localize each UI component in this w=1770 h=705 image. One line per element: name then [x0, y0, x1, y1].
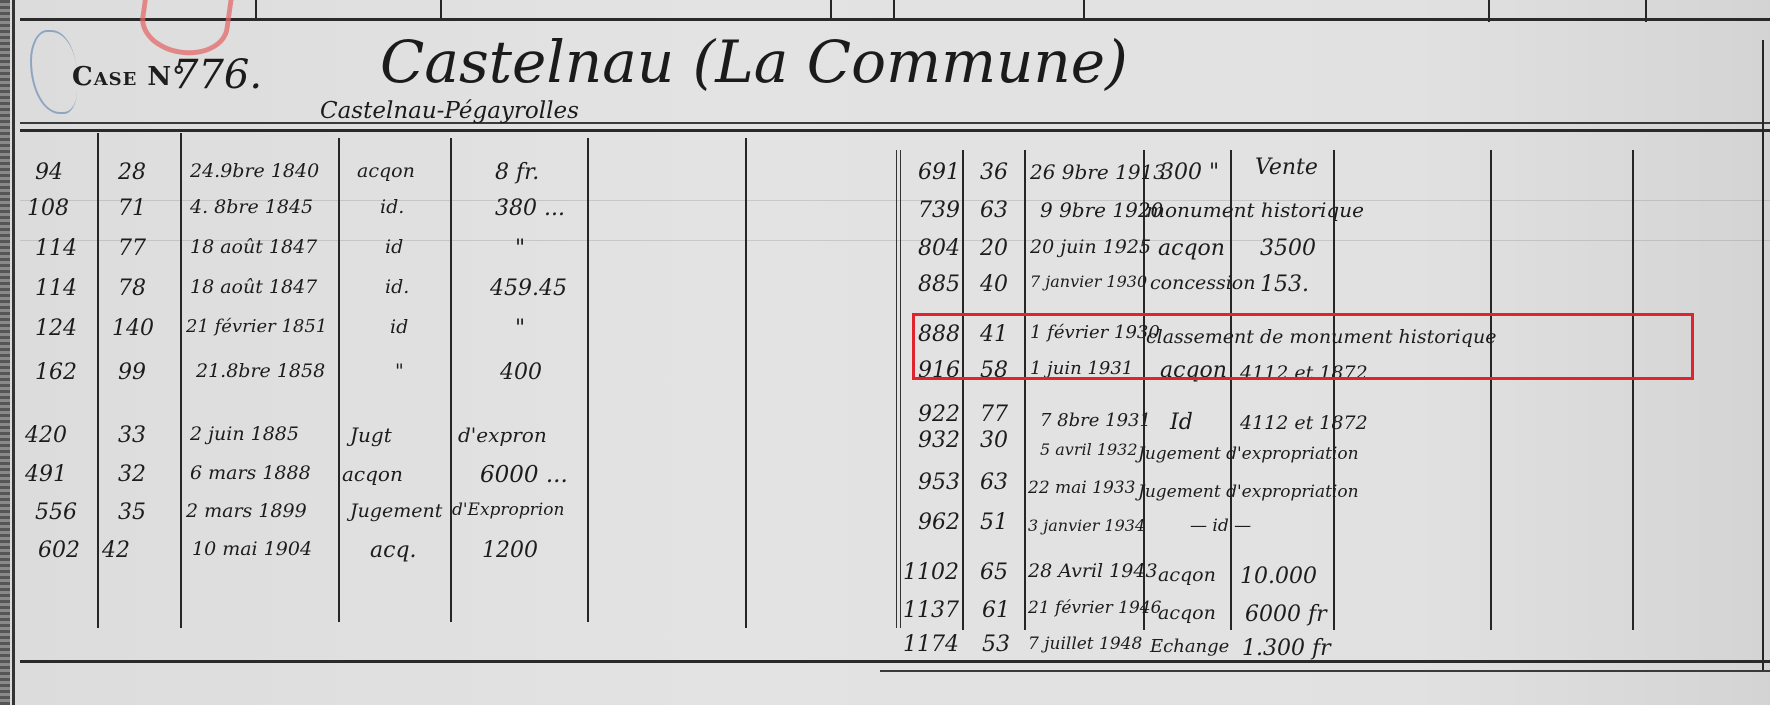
case-ref: 99	[118, 360, 146, 385]
nature: id.	[380, 196, 404, 218]
wide-note: Jugement d'expropriation	[1138, 444, 1359, 464]
folio: 1102	[903, 560, 959, 585]
folio: 114	[35, 276, 77, 301]
date: 21.8bre 1858	[196, 360, 325, 382]
column-rule	[97, 133, 99, 628]
date: 21 février 1946	[1028, 598, 1161, 618]
column-rule	[1024, 150, 1026, 630]
amount: 459.45	[490, 276, 567, 301]
nature: id	[385, 236, 403, 258]
header-stub	[1083, 0, 1085, 18]
case-ref: 51	[980, 510, 1008, 535]
nature: 300 "	[1160, 160, 1219, 185]
case-ref: 35	[118, 500, 146, 525]
wide-note: — id —	[1190, 516, 1251, 536]
folio: 691	[918, 160, 960, 185]
folio: 932	[918, 428, 960, 453]
folio: 420	[25, 423, 67, 448]
page-binding-edge	[0, 0, 10, 705]
nature: Id	[1170, 410, 1193, 435]
nature: "	[395, 360, 404, 382]
date: 2 juin 1885	[190, 423, 299, 445]
folio: 739	[918, 198, 960, 223]
nature: Jugt	[350, 423, 392, 447]
folio: 953	[918, 470, 960, 495]
folio: 108	[27, 196, 69, 221]
nature: concession	[1150, 272, 1255, 294]
header-stub	[893, 0, 895, 18]
amount: 1200	[482, 538, 538, 563]
folio: 124	[35, 316, 77, 341]
case-ref: 61	[982, 598, 1010, 623]
amount: d'expron	[458, 423, 547, 447]
case-ref: 40	[980, 272, 1008, 297]
amount: 8 fr.	[495, 160, 539, 185]
amount: 6000 fr	[1245, 602, 1327, 627]
case-ref: 42	[102, 538, 130, 563]
header-stub	[1645, 0, 1647, 22]
column-rule	[900, 150, 901, 628]
date: 10 mai 1904	[192, 538, 312, 560]
folio: 602	[38, 538, 80, 563]
case-ref: 30	[980, 428, 1008, 453]
nature: acqon	[1158, 602, 1216, 624]
case-label: Case N°	[72, 62, 186, 92]
date: 9 9bre 1920	[1040, 198, 1163, 222]
amount: Vente	[1255, 155, 1318, 180]
amount: 3500	[1260, 236, 1316, 261]
case-ref: 77	[118, 236, 146, 261]
blue-pencil-mark	[30, 30, 77, 114]
date: 22 mai 1933	[1028, 478, 1135, 498]
folio: 162	[35, 360, 77, 385]
amount: 4112 et 1872	[1240, 412, 1368, 434]
column-rule	[1632, 150, 1634, 630]
case-ref: 36	[980, 160, 1008, 185]
folio: 1137	[903, 598, 959, 623]
date: 28 Avril 1943	[1028, 560, 1158, 582]
amount: 400	[500, 360, 542, 385]
date: 21 février 1851	[186, 316, 327, 337]
date: 3 janvier 1934	[1028, 516, 1145, 535]
highlight-box	[912, 313, 1694, 380]
nature: acqon	[1158, 236, 1225, 261]
case-ref: 28	[118, 160, 146, 185]
folio: 491	[25, 462, 67, 487]
column-rule	[962, 150, 964, 630]
amount: 6000 ...	[480, 462, 568, 488]
case-ref: 33	[118, 423, 146, 448]
wide-note: Jugement d'expropriation	[1138, 482, 1359, 502]
column-rule	[587, 138, 589, 622]
table-bottom-rule-right	[880, 670, 1770, 672]
case-ref: 63	[980, 198, 1008, 223]
case-ref: 20	[980, 236, 1008, 261]
date: 4. 8bre 1845	[190, 196, 313, 218]
header-stub	[830, 0, 832, 18]
date: 7 juillet 1948	[1028, 634, 1142, 654]
nature: acqon	[1158, 564, 1216, 586]
column-rule	[745, 138, 747, 628]
date: 18 août 1847	[190, 276, 317, 298]
header-top-rule	[20, 18, 1770, 21]
page-border	[12, 0, 15, 705]
folio: 114	[35, 236, 77, 261]
header-stub	[255, 0, 257, 18]
nature: id.	[385, 276, 409, 298]
owner-name-correction: Castelnau-Pégayrolles	[320, 98, 579, 124]
folio: 556	[35, 500, 77, 525]
amount: "	[515, 236, 525, 261]
wide-note: monument historique	[1146, 198, 1364, 222]
column-rule	[1333, 150, 1335, 630]
column-rule	[1143, 150, 1145, 630]
nature: Echange	[1150, 636, 1229, 657]
header-bottom-rule-2	[20, 129, 1770, 132]
case-ref: 71	[118, 196, 146, 221]
nature: Jugement	[350, 500, 442, 522]
case-ref: 53	[982, 632, 1010, 657]
amount: 10.000	[1240, 564, 1317, 589]
date: 20 juin 1925	[1030, 236, 1151, 258]
column-rule	[896, 150, 897, 628]
amount: 153.	[1260, 272, 1309, 297]
column-rule	[180, 133, 182, 628]
table-bottom-rule	[20, 660, 1770, 663]
folio: 804	[918, 236, 960, 261]
header-stub	[1488, 0, 1490, 22]
date: 18 août 1847	[190, 236, 317, 258]
folio: 94	[35, 160, 63, 185]
case-ref: 77	[980, 402, 1008, 427]
nature: acqon	[357, 160, 415, 182]
case-number: 776.	[173, 52, 262, 98]
amount: 1.300 fr	[1242, 636, 1331, 661]
column-rule	[450, 138, 452, 622]
column-rule	[1490, 150, 1492, 630]
column-rule	[1230, 150, 1232, 630]
column-rule	[1762, 40, 1764, 670]
folio: 962	[918, 510, 960, 535]
date: 7 janvier 1930	[1030, 272, 1147, 291]
date: 6 mars 1888	[190, 462, 311, 484]
amount: "	[515, 316, 525, 341]
date: 26 9bre 1913	[1030, 160, 1166, 184]
case-ref: 32	[118, 462, 146, 487]
nature: acqon	[342, 462, 403, 486]
amount: 380 ...	[495, 196, 565, 221]
folio: 1174	[903, 632, 959, 657]
date: 7 8bre 1931	[1040, 410, 1151, 431]
owner-name: Castelnau (La Commune)	[380, 28, 1128, 96]
folio: 885	[918, 272, 960, 297]
nature: id	[390, 316, 408, 338]
case-ref: 78	[118, 276, 146, 301]
date: 5 avril 1932	[1040, 440, 1138, 459]
header-stub	[440, 0, 442, 18]
amount: d'Exproprion	[452, 500, 564, 520]
case-ref: 140	[112, 316, 154, 341]
case-ref: 63	[980, 470, 1008, 495]
date: 2 mars 1899	[186, 500, 307, 522]
header-bottom-rule	[20, 122, 1770, 124]
date: 24.9bre 1840	[190, 160, 319, 182]
case-ref: 65	[980, 560, 1008, 585]
ledger-page: Case N° 776. Castelnau (La Commune) Cast…	[0, 0, 1770, 705]
folio: 922	[918, 402, 960, 427]
column-rule	[338, 138, 340, 622]
nature: acq.	[370, 538, 417, 563]
